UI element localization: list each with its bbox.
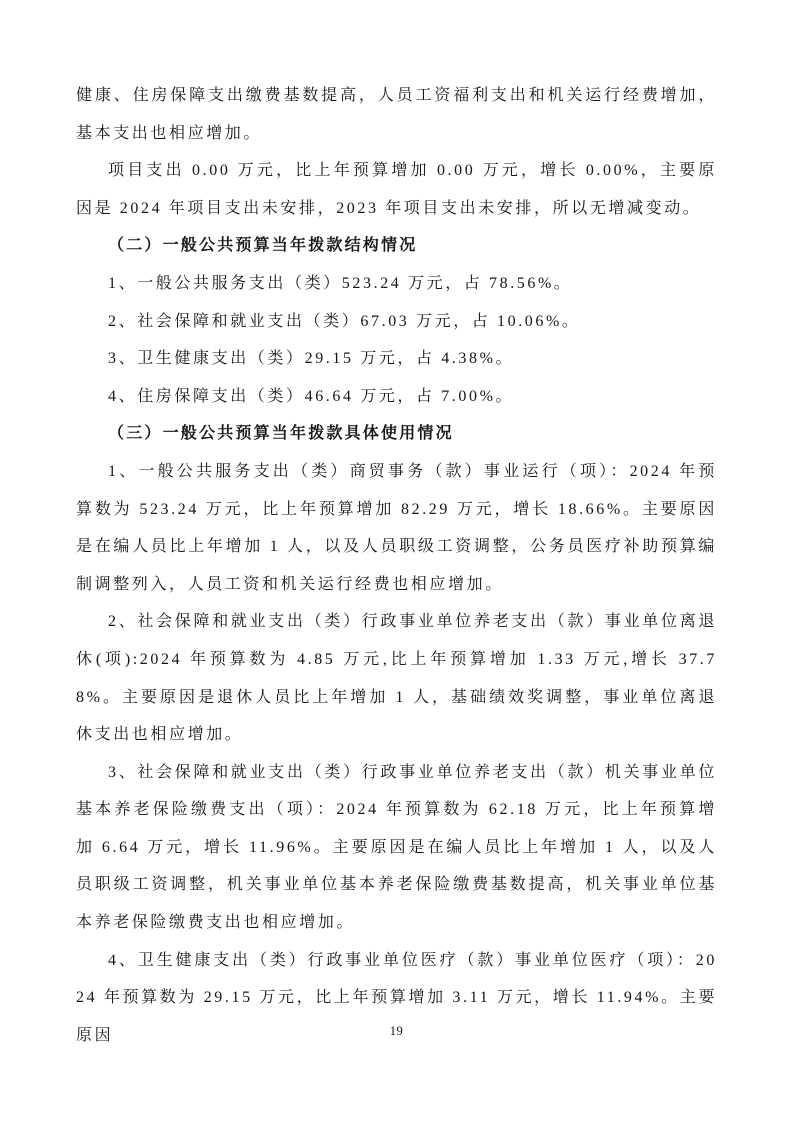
paragraph-detail-3-pension-contribution: 3、社会保障和就业支出（类）行政事业单位养老支出（款）机关事业单位基本养老保险缴… — [76, 754, 717, 942]
paragraph-project-expenditure: 项目支出 0.00 万元，比上年预算增加 0.00 万元，增长 0.00%，主要… — [76, 152, 717, 227]
list-item-health: 3、卫生健康支出（类）29.15 万元，占 4.38%。 — [76, 340, 717, 378]
heading-section-3-allocation-usage: （三）一般公共预算当年拨款具体使用情况 — [76, 415, 717, 453]
list-item-housing-security: 4、住房保障支出（类）46.64 万元，占 7.00%。 — [76, 378, 717, 416]
paragraph-basic-expenditure-continuation: 健康、住房保障支出缴费基数提高，人员工资福利支出和机关运行经费增加，基本支出也相… — [76, 77, 717, 152]
paragraph-detail-2-retirement: 2、社会保障和就业支出（类）行政事业单位养老支出（款）事业单位离退休(项):20… — [76, 603, 717, 753]
list-item-general-public-services: 1、一般公共服务支出（类）523.24 万元，占 78.56%。 — [76, 265, 717, 303]
heading-section-2-allocation-structure: （二）一般公共预算当年拨款结构情况 — [76, 227, 717, 265]
document-page: 健康、住房保障支出缴费基数提高，人员工资福利支出和机关运行经费增加，基本支出也相… — [0, 0, 793, 1122]
list-item-social-security-employment: 2、社会保障和就业支出（类）67.03 万元，占 10.06%。 — [76, 303, 717, 341]
page-number: 19 — [0, 1024, 793, 1039]
document-body-text: 健康、住房保障支出缴费基数提高，人员工资福利支出和机关运行经费增加，基本支出也相… — [76, 77, 717, 1054]
paragraph-detail-1-commerce-affairs: 1、一般公共服务支出（类）商贸事务（款）事业运行（项）：2024 年预算数为 5… — [76, 453, 717, 603]
